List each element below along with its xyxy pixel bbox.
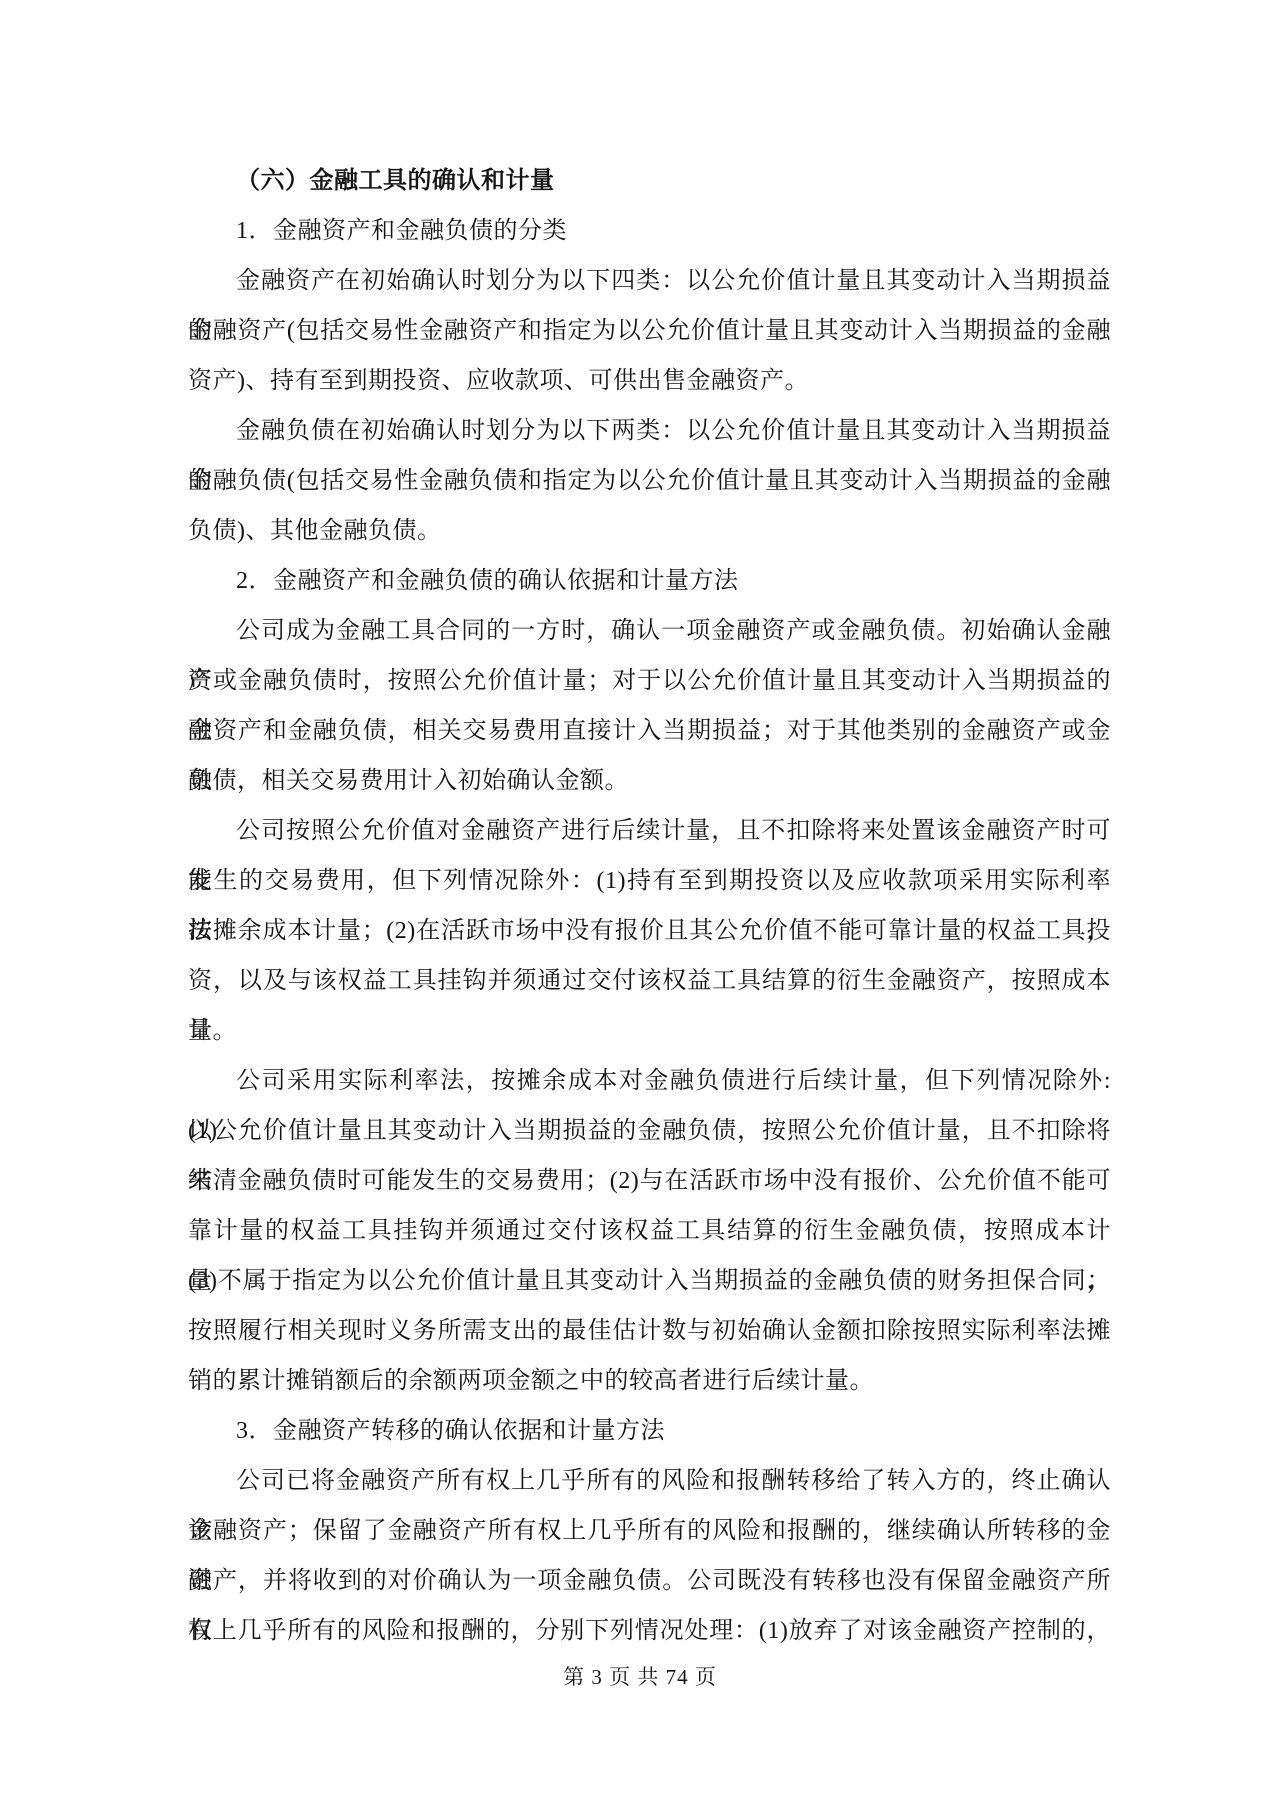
section-heading: （六）金融工具的确认和计量 <box>188 156 1111 206</box>
body-line: 公司按照公允价值对金融资产进行后续计量，且不扣除将来处置该金融资产时可能 <box>188 806 1111 856</box>
page-footer: 第 3 页 共 74 页 <box>0 1662 1280 1692</box>
document-body: （六）金融工具的确认和计量 1．金融资产和金融负债的分类 金融资产在初始确认时划… <box>188 156 1111 1656</box>
body-line: 资产)、持有至到期投资、应收款项、可供出售金融资产。 <box>188 356 1111 406</box>
body-line: 以公允价值计量且其变动计入当期损益的金融负债，按照公允价值计量，且不扣除将来 <box>188 1106 1111 1156</box>
body-line: 金融资产在初始确认时划分为以下四类：以公允价值计量且其变动计入当期损益的 <box>188 256 1111 306</box>
body-line: 按照履行相关现时义务所需支出的最佳估计数与初始确认金额扣除按照实际利率法摊 <box>188 1306 1111 1356</box>
body-line: 金融资产(包括交易性金融资产和指定为以公允价值计量且其变动计入当期损益的金融 <box>188 306 1111 356</box>
body-line: 发生的交易费用，但下列情况除外：(1)持有至到期投资以及应收款项采用实际利率法， <box>188 856 1111 906</box>
body-line: 公司采用实际利率法，按摊余成本对金融负债进行后续计量，但下列情况除外: (1) <box>188 1056 1111 1106</box>
subheading-1: 1．金融资产和金融负债的分类 <box>188 206 1111 256</box>
document-page: （六）金融工具的确认和计量 1．金融资产和金融负债的分类 金融资产在初始确认时划… <box>0 0 1280 1811</box>
body-line: 公司已将金融资产所有权上几乎所有的风险和报酬转移给了转入方的，终止确认该 <box>188 1456 1111 1506</box>
body-line: 金融负债在初始确认时划分为以下两类：以公允价值计量且其变动计入当期损益的 <box>188 406 1111 456</box>
body-line: 金融资产；保留了金融资产所有权上几乎所有的风险和报酬的，继续确认所转移的金融 <box>188 1506 1111 1556</box>
body-line: 公司成为金融工具合同的一方时，确认一项金融资产或金融负债。初始确认金融资 <box>188 606 1111 656</box>
body-line: 资产，并将收到的对价确认为一项金融负债。公司既没有转移也没有保留金融资产所有 <box>188 1556 1111 1606</box>
body-line: 权上几乎所有的风险和报酬的，分别下列情况处理：(1)放弃了对该金融资产控制的， <box>188 1606 1111 1656</box>
body-line: (3)不属于指定为以公允价值计量且其变动计入当期损益的金融负债的财务担保合同， <box>188 1256 1111 1306</box>
body-line: 金融负债(包括交易性金融负债和指定为以公允价值计量且其变动计入当期损益的金融 <box>188 456 1111 506</box>
body-line: 负债，相关交易费用计入初始确认金额。 <box>188 756 1111 806</box>
body-line: 负债)、其他金融负债。 <box>188 506 1111 556</box>
body-line: 按摊余成本计量；(2)在活跃市场中没有报价且其公允价值不能可靠计量的权益工具投 <box>188 906 1111 956</box>
body-line: 产或金融负债时，按照公允价值计量；对于以公允价值计量且其变动计入当期损益的金 <box>188 656 1111 706</box>
body-line: 结清金融负债时可能发生的交易费用；(2)与在活跃市场中没有报价、公允价值不能可 <box>188 1156 1111 1206</box>
subheading-2: 2．金融资产和金融负债的确认依据和计量方法 <box>188 556 1111 606</box>
body-line: 资，以及与该权益工具挂钩并须通过交付该权益工具结算的衍生金融资产，按照成本计 <box>188 956 1111 1006</box>
subheading-3: 3．金融资产转移的确认依据和计量方法 <box>188 1406 1111 1456</box>
body-line: 量。 <box>188 1006 1111 1056</box>
body-line: 销的累计摊销额后的余额两项金额之中的较高者进行后续计量。 <box>188 1356 1111 1406</box>
body-line: 靠计量的权益工具挂钩并须通过交付该权益工具结算的衍生金融负债，按照成本计量； <box>188 1206 1111 1256</box>
body-line: 融资产和金融负债，相关交易费用直接计入当期损益；对于其他类别的金融资产或金融 <box>188 706 1111 756</box>
